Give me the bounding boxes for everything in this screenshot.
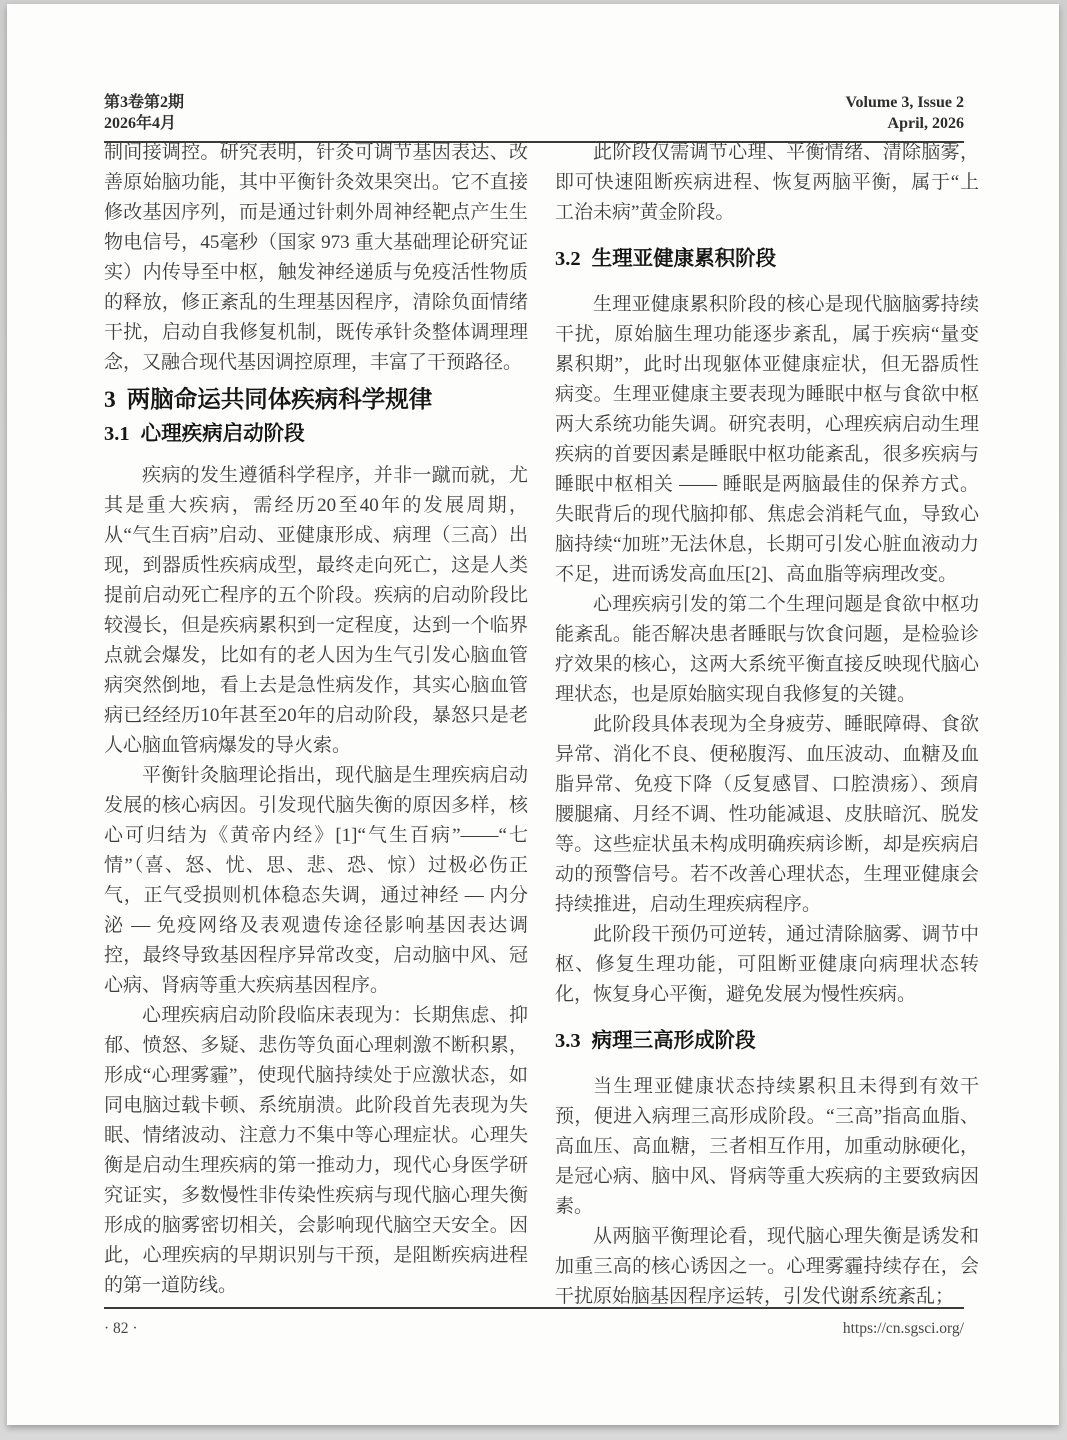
paragraph: 从两脑平衡理论看，现代脑心理失衡是诱发和加重三高的核心诱因之一。心理雾霾持续存在… <box>555 1222 979 1312</box>
page-header: 第3卷第2期 2026年4月 Volume 3, Issue 2 April, … <box>104 92 964 143</box>
subsection-heading: 3.2生理亚健康累积阶段 <box>555 244 979 274</box>
heading-number: 3.3 <box>555 1030 581 1052</box>
column-left: 制间接调控。研究表明，针灸可调节基因表达、改善原始脑功能，其中平衡针灸效果突出。… <box>104 138 528 1312</box>
header-volume-cn: 第3卷第2期 <box>104 92 184 113</box>
heading-number: 3 <box>104 387 116 413</box>
header-issue-cn: 第3卷第2期 2026年4月 <box>104 92 184 134</box>
column-right: 此阶段仅需调节心理、平衡情绪、清除脑雾，即可快速阻断疾病进程、恢复两脑平衡，属于… <box>555 138 979 1312</box>
paragraph: 心理疾病启动阶段临床表现为：长期焦虑、抑郁、愤怒、多疑、悲伤等负面心理刺激不断积… <box>104 1001 528 1301</box>
subsection-heading: 3.1心理疾病启动阶段 <box>104 419 528 449</box>
paragraph: 此阶段具体表现为全身疲劳、睡眠障碍、食欲异常、消化不良、便秘腹泻、血压波动、血糖… <box>555 710 979 920</box>
body-columns: 制间接调控。研究表明，针灸可调节基因表达、改善原始脑功能，其中平衡针灸效果突出。… <box>104 138 964 1312</box>
heading-number: 3.1 <box>104 423 130 445</box>
paragraph: 此阶段仅需调节心理、平衡情绪、清除脑雾，即可快速阻断疾病进程、恢复两脑平衡，属于… <box>555 138 979 228</box>
page-sheet: 第3卷第2期 2026年4月 Volume 3, Issue 2 April, … <box>7 4 1059 1425</box>
heading-number: 3.2 <box>555 248 581 270</box>
paragraph: 当生理亚健康状态持续累积且未得到有效干预，便进入病理三高形成阶段。“三高”指高血… <box>555 1072 979 1222</box>
header-issue-en: Volume 3, Issue 2 April, 2026 <box>845 92 964 134</box>
scanned-journal-page: { "header": { "volume_cn": "第3卷第2期", "da… <box>0 0 1067 1440</box>
page-footer: · 82 · https://cn.sgsci.org/ <box>104 1307 964 1338</box>
paragraph: 心理疾病引发的第二个生理问题是食欲中枢功能紊乱。能否解决患者睡眠与饮食问题，是检… <box>555 590 979 710</box>
paragraph: 疾病的发生遵循科学程序，并非一蹴而就，尤其是重大疾病，需经历20至40年的发展周… <box>104 461 528 761</box>
header-date-en: April, 2026 <box>845 113 964 134</box>
journal-url: https://cn.sgsci.org/ <box>843 1320 964 1338</box>
paragraph: 平衡针灸脑理论指出，现代脑是生理疾病启动发展的核心病因。引发现代脑失衡的原因多样… <box>104 761 528 1001</box>
paragraph: 生理亚健康累积阶段的核心是现代脑脑雾持续干扰，原始脑生理功能逐步紊乱，属于疾病“… <box>555 290 979 590</box>
paragraph: 制间接调控。研究表明，针灸可调节基因表达、改善原始脑功能，其中平衡针灸效果突出。… <box>104 138 528 378</box>
subsection-heading: 3.3病理三高形成阶段 <box>555 1026 979 1056</box>
paragraph: 此阶段干预仍可逆转，通过清除脑雾、调节中枢、修复生理功能，可阻断亚健康向病理状态… <box>555 920 979 1010</box>
header-volume-en: Volume 3, Issue 2 <box>845 92 964 113</box>
section-heading: 3两脑命运共同体疾病科学规律 <box>104 383 528 416</box>
page-number: · 82 · <box>104 1320 138 1338</box>
header-date-cn: 2026年4月 <box>104 113 184 134</box>
